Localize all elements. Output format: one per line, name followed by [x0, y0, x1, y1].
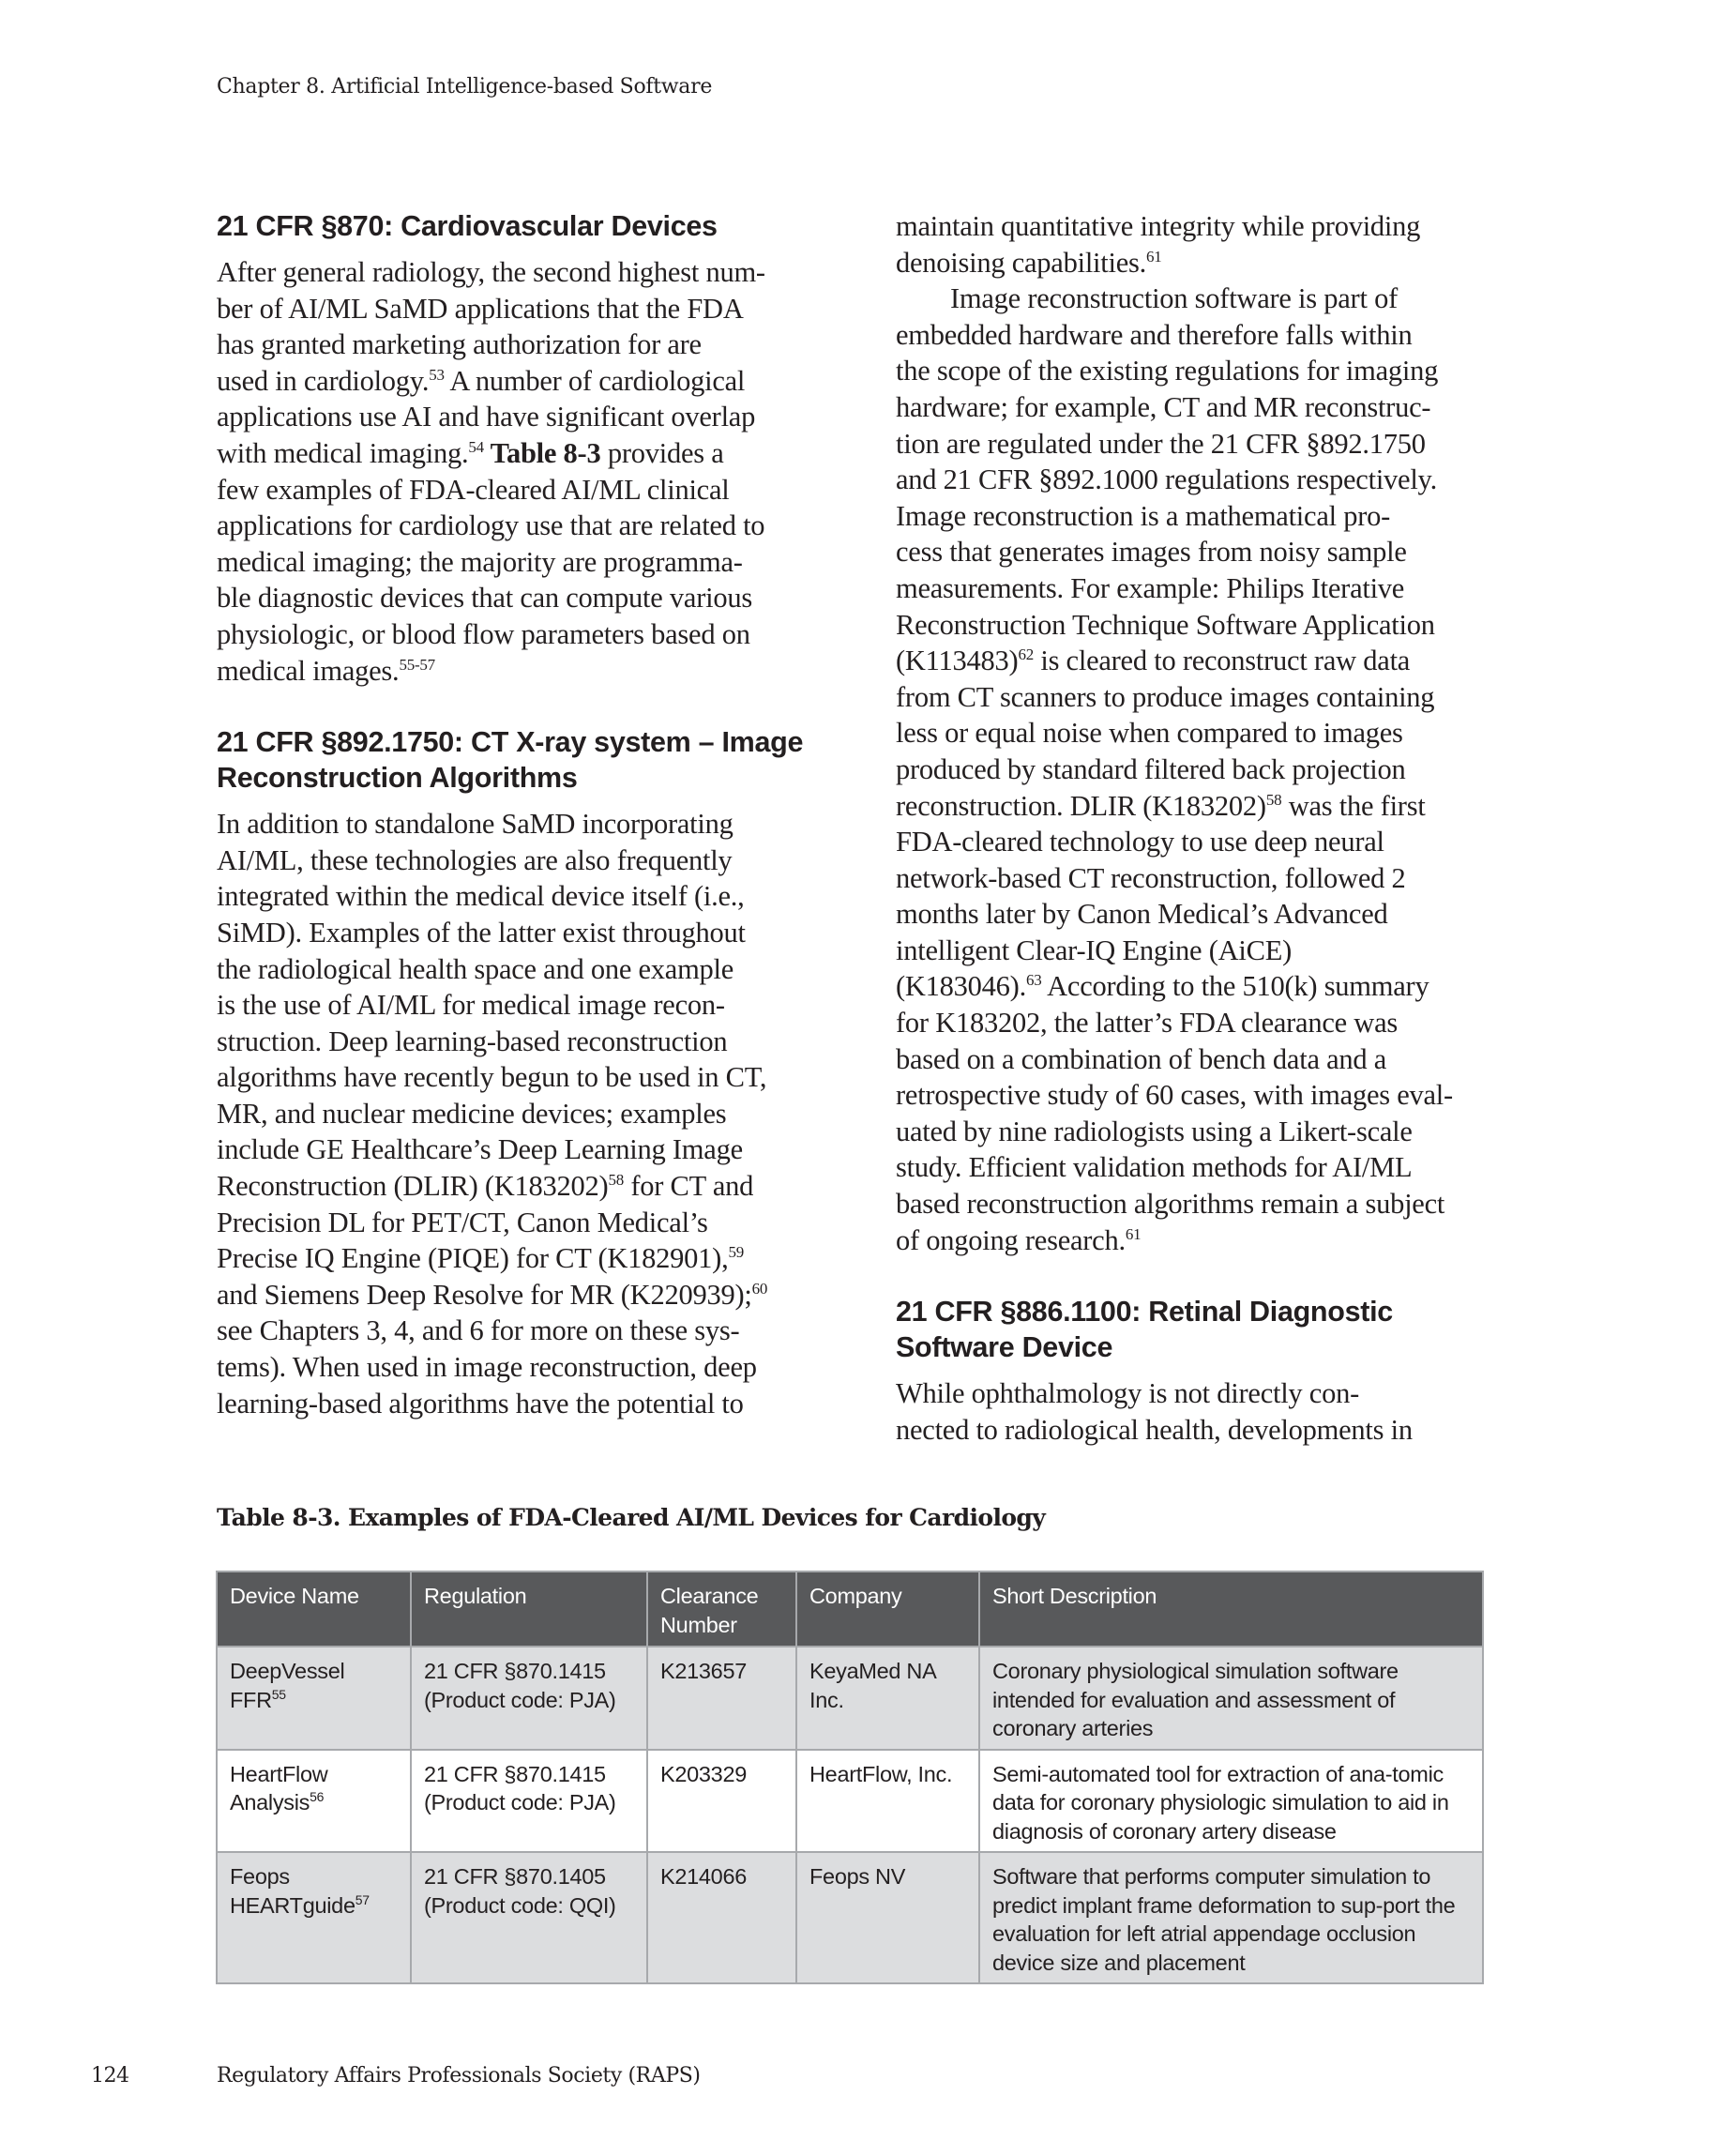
- text-line: (K183046).63 According to the 510(k) sum…: [896, 968, 1505, 1005]
- text-line: Precision DL for PET/CT, Canon Medical’s: [217, 1205, 836, 1241]
- text-line: few examples of FDA-cleared AI/ML clinic…: [217, 472, 836, 509]
- cell-description: Software that performs computer simulati…: [979, 1852, 1483, 1983]
- text-line: used in cardiology.53 A number of cardio…: [217, 363, 836, 400]
- text-line: network-based CT reconstruction, followe…: [896, 860, 1505, 897]
- text-line: with medical imaging.54 Table 8-3 provid…: [217, 435, 836, 472]
- cell-description: Coronary physiological simulation softwa…: [979, 1647, 1483, 1750]
- text-line: nected to radiological health, developme…: [896, 1412, 1505, 1449]
- text-line: retrospective study of 60 cases, with im…: [896, 1077, 1505, 1114]
- text-line: In addition to standalone SaMD incorpora…: [217, 806, 836, 843]
- text-line: study. Efficient validation methods for …: [896, 1149, 1505, 1186]
- text-line: physiologic, or blood flow parameters ba…: [217, 616, 836, 653]
- paragraph-cardiovascular: After general radiology, the second high…: [217, 254, 836, 689]
- footnote-ref: 61: [1126, 1225, 1142, 1243]
- section-heading-cardiovascular: 21 CFR §870: Cardiovascular Devices: [217, 208, 836, 244]
- footnote-ref: 60: [752, 1280, 768, 1298]
- column-header-company: Company: [796, 1571, 979, 1647]
- text-line: from CT scanners to produce images conta…: [896, 679, 1505, 716]
- text-line: and Siemens Deep Resolve for MR (K220939…: [217, 1277, 836, 1313]
- text-line: based reconstruction algorithms remain a…: [896, 1186, 1505, 1222]
- text-line: uated by nine radiologists using a Liker…: [896, 1114, 1505, 1150]
- text-line: denoising capabilities.61: [896, 245, 1505, 281]
- paragraph-ct-reconstruction: In addition to standalone SaMD incorpora…: [217, 806, 836, 1421]
- cell-company: Feops NV: [796, 1852, 979, 1983]
- cell-clearance-number: K214066: [647, 1852, 796, 1983]
- table-row: HeartFlow Analysis56 21 CFR §870.1415(Pr…: [217, 1750, 1483, 1853]
- text-line: see Chapters 3, 4, and 6 for more on the…: [217, 1313, 836, 1349]
- cell-regulation: 21 CFR §870.1405(Product code: QQI): [411, 1852, 647, 1983]
- text-line: less or equal noise when compared to ima…: [896, 715, 1505, 752]
- text-line: the radiological health space and one ex…: [217, 951, 836, 988]
- footnote-ref: 53: [429, 366, 445, 384]
- page-number: 124: [91, 2064, 129, 2088]
- text-line: learning-based algorithms have the poten…: [217, 1386, 836, 1422]
- text-line: the scope of the existing regulations fo…: [896, 353, 1505, 389]
- text-line: SiMD). Examples of the latter exist thro…: [217, 915, 836, 951]
- footnote-ref: 57: [355, 1892, 370, 1907]
- cell-company: HeartFlow, Inc.: [796, 1750, 979, 1853]
- heading-line: 21 CFR §886.1100: Retinal Diagnostic: [896, 1294, 1505, 1329]
- text-line: hardware; for example, CT and MR reconst…: [896, 389, 1505, 426]
- text-line: applications for cardiology use that are…: [217, 508, 836, 544]
- footnote-ref: 56: [310, 1789, 324, 1804]
- text-line: for K183202, the latter’s FDA clearance …: [896, 1005, 1505, 1041]
- text-line: Reconstruction Technique Software Applic…: [896, 607, 1505, 644]
- text-line: based on a combination of bench data and…: [896, 1041, 1505, 1078]
- devices-table: Device Name Regulation ClearanceNumber C…: [216, 1571, 1484, 1984]
- cell-device-name: HeartFlow Analysis56: [217, 1750, 411, 1853]
- table-row: Feops HEARTguide57 21 CFR §870.1405(Prod…: [217, 1852, 1483, 1983]
- table-header-row: Device Name Regulation ClearanceNumber C…: [217, 1571, 1483, 1647]
- column-header-regulation: Regulation: [411, 1571, 647, 1647]
- cell-company: KeyaMed NA Inc.: [796, 1647, 979, 1750]
- text-line: algorithms have recently begun to be use…: [217, 1059, 836, 1096]
- footnote-ref: 59: [728, 1243, 744, 1261]
- heading-line: Software Device: [896, 1329, 1505, 1365]
- text-line: medical imaging; the majority are progra…: [217, 544, 836, 581]
- text-line: cess that generates images from noisy sa…: [896, 534, 1505, 570]
- text-line: integrated within the medical device its…: [217, 878, 836, 915]
- text-line: (K113483)62 is cleared to reconstruct ra…: [896, 643, 1505, 679]
- text-line: intelligent Clear-IQ Engine (AiCE): [896, 933, 1505, 969]
- heading-line: Reconstruction Algorithms: [217, 760, 836, 796]
- cell-clearance-number: K203329: [647, 1750, 796, 1853]
- text-line: tems). When used in image reconstruction…: [217, 1349, 836, 1386]
- header-line: Clearance: [660, 1582, 783, 1611]
- cell-device-name: Feops HEARTguide57: [217, 1852, 411, 1983]
- section-heading-retinal: 21 CFR §886.1100: Retinal Diagnostic Sof…: [896, 1294, 1505, 1365]
- text-line: Reconstruction (DLIR) (K183202)58 for CT…: [217, 1168, 836, 1205]
- text-line: ble diagnostic devices that can compute …: [217, 580, 836, 616]
- text-line: medical images.55-57: [217, 653, 836, 690]
- text-line: maintain quantitative integrity while pr…: [896, 208, 1505, 245]
- footnote-ref: 63: [1026, 971, 1042, 989]
- left-column: 21 CFR §870: Cardiovascular Devices Afte…: [217, 208, 836, 1421]
- cell-regulation: 21 CFR §870.1415(Product code: PJA): [411, 1647, 647, 1750]
- text-line: FDA-cleared technology to use deep neura…: [896, 824, 1505, 860]
- cell-regulation: 21 CFR §870.1415(Product code: PJA): [411, 1750, 647, 1853]
- footnote-ref: 61: [1146, 248, 1162, 266]
- text-line: include GE Healthcare’s Deep Learning Im…: [217, 1131, 836, 1168]
- column-header-clearance-number: ClearanceNumber: [647, 1571, 796, 1647]
- text-line: is the use of AI/ML for medical image re…: [217, 987, 836, 1024]
- text-line: After general radiology, the second high…: [217, 254, 836, 291]
- footnote-ref: 55-57: [399, 656, 434, 674]
- text-line: of ongoing research.61: [896, 1222, 1505, 1259]
- text-line: produced by standard filtered back proje…: [896, 752, 1505, 788]
- footnote-ref: 58: [1266, 791, 1282, 809]
- footnote-ref: 54: [468, 438, 484, 456]
- text-line: MR, and nuclear medicine devices; exampl…: [217, 1096, 836, 1132]
- text-line: struction. Deep learning-based reconstru…: [217, 1024, 836, 1060]
- text-line: ber of AI/ML SaMD applications that the …: [217, 291, 836, 327]
- text-line: Precise IQ Engine (PIQE) for CT (K182901…: [217, 1240, 836, 1277]
- footnote-ref: 58: [608, 1171, 624, 1189]
- footnote-ref: 62: [1018, 645, 1034, 663]
- text-line: months later by Canon Medical’s Advanced: [896, 896, 1505, 933]
- text-line: measurements. For example: Philips Itera…: [896, 570, 1505, 607]
- paragraph-image-reconstruction: Image reconstruction software is part of…: [896, 281, 1505, 1258]
- table-reference: Table 8-3: [484, 437, 601, 469]
- header-line: Number: [660, 1611, 783, 1640]
- paragraph-retinal: While ophthalmology is not directly con-…: [896, 1375, 1505, 1448]
- text-line: AI/ML, these technologies are also frequ…: [217, 843, 836, 879]
- text-line: applications use AI and have significant…: [217, 399, 836, 435]
- text-line: embedded hardware and therefore falls wi…: [896, 317, 1505, 354]
- text-line: and 21 CFR §892.1000 regulations respect…: [896, 462, 1505, 498]
- footnote-ref: 55: [272, 1687, 286, 1702]
- text-line: tion are regulated under the 21 CFR §892…: [896, 426, 1505, 463]
- text-line: has granted marketing authorization for …: [217, 326, 836, 363]
- text-line: Image reconstruction is a mathematical p…: [896, 498, 1505, 535]
- right-column: maintain quantitative integrity while pr…: [896, 208, 1505, 1448]
- column-header-device-name: Device Name: [217, 1571, 411, 1647]
- paragraph-continuation: maintain quantitative integrity while pr…: [896, 208, 1505, 281]
- heading-line: 21 CFR §892.1750: CT X-ray system – Imag…: [217, 724, 836, 760]
- footer-publisher: Regulatory Affairs Professionals Society…: [217, 2064, 701, 2088]
- column-header-short-description: Short Description: [979, 1571, 1483, 1647]
- cell-device-name: DeepVessel FFR55: [217, 1647, 411, 1750]
- text-line: Image reconstruction software is part of: [896, 281, 1505, 317]
- cell-clearance-number: K213657: [647, 1647, 796, 1750]
- table-row: DeepVessel FFR55 21 CFR §870.1415(Produc…: [217, 1647, 1483, 1750]
- running-head: Chapter 8. Artificial Intelligence-based…: [217, 75, 712, 99]
- text-line: reconstruction. DLIR (K183202)58 was the…: [896, 788, 1505, 825]
- cell-description: Semi-automated tool for extraction of an…: [979, 1750, 1483, 1853]
- section-heading-ct-reconstruction: 21 CFR §892.1750: CT X-ray system – Imag…: [217, 724, 836, 796]
- text-line: While ophthalmology is not directly con-: [896, 1375, 1505, 1412]
- table-caption: Table 8-3. Examples of FDA-Cleared AI/ML…: [217, 1504, 1045, 1531]
